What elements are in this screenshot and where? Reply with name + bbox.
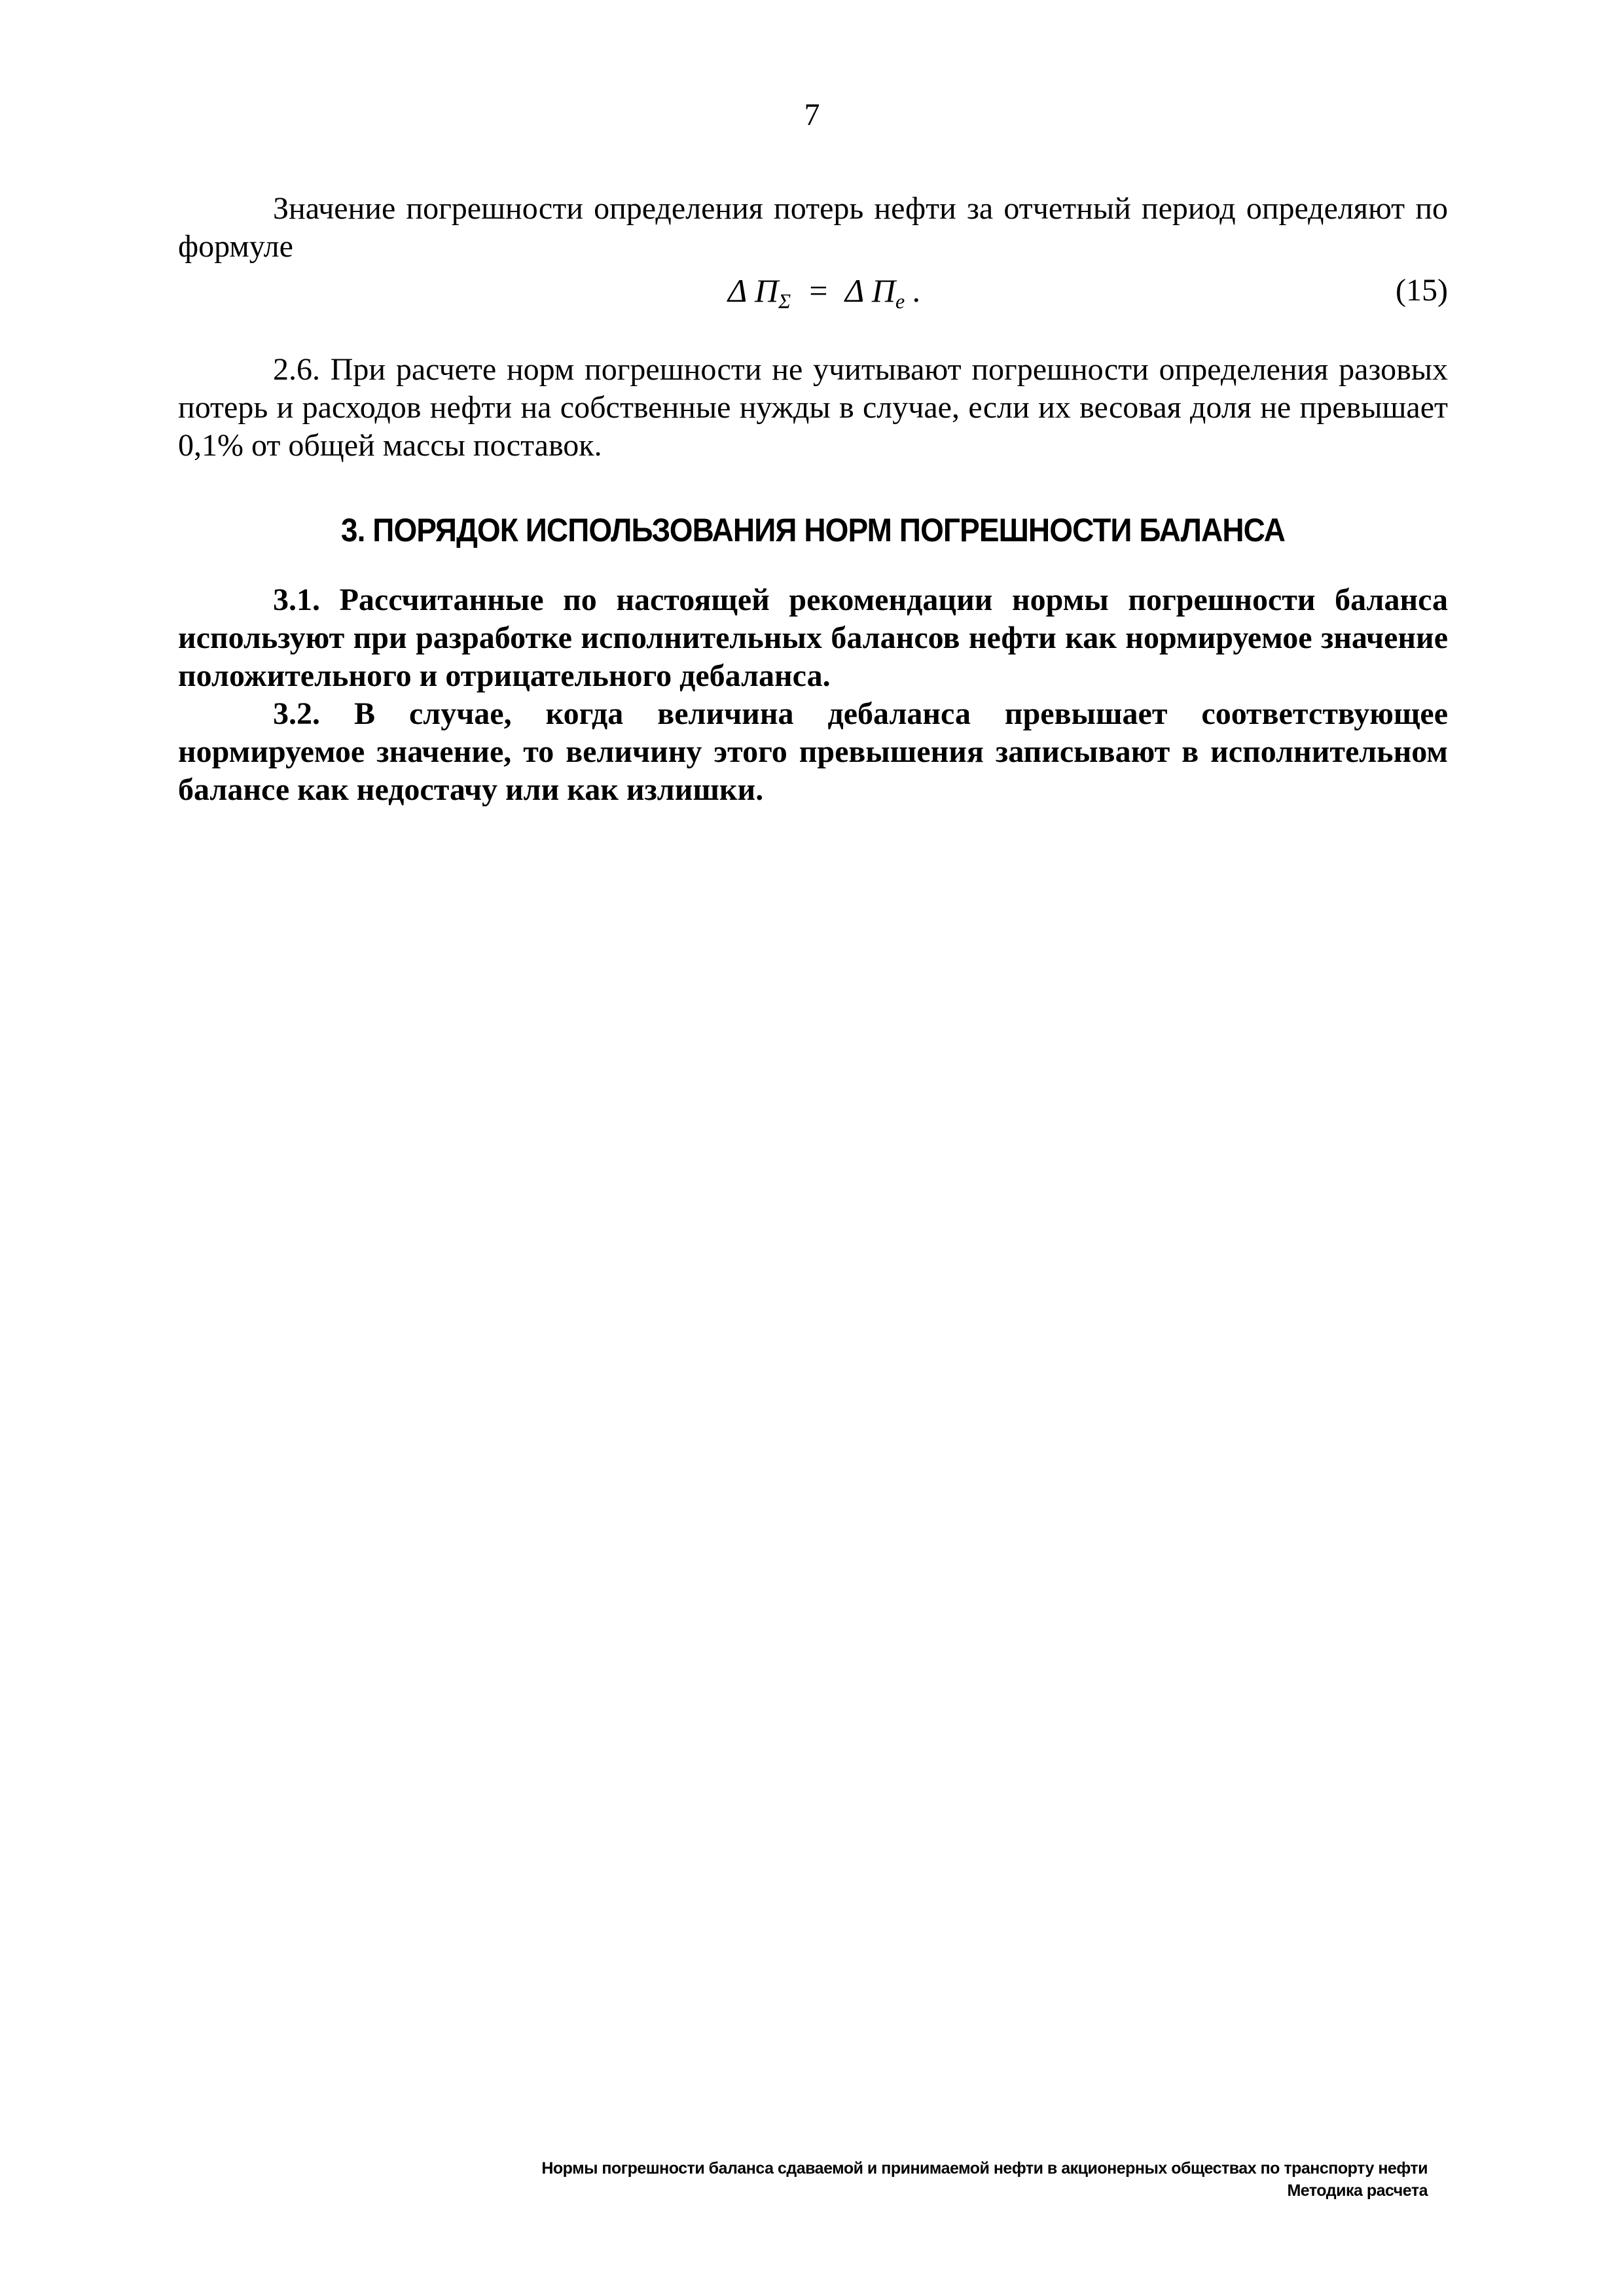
paragraph-3-1: 3.1. Рассчитанные по настоящей рекоменда… [178,581,1448,695]
sigma-subscript: Σ [778,289,791,313]
delta-symbol: Δ [845,272,863,309]
e-subscript: e [895,289,905,313]
paragraph-2-6: 2.6. При расчете норм погрешности не учи… [178,351,1448,465]
delta-symbol: Δ [728,272,746,309]
footer-document-title: Нормы погрешности баланса сдаваемой и пр… [541,2157,1428,2179]
paragraph-3-2: 3.2. В случае, когда величина дебаланса … [178,695,1448,809]
page-number: 7 [0,97,1624,134]
formula-period: . [913,272,922,309]
loss-symbol: П [872,272,895,309]
document-body: Значение погрешности определения потерь … [178,190,1448,809]
footer-subtitle: Методика расчета [541,2179,1428,2202]
formula-expression: Δ ПΣ = Δ Пe . [728,271,921,321]
equals-sign: = [807,272,829,309]
intro-paragraph: Значение погрешности определения потерь … [178,190,1448,266]
formula-number: (15) [1396,271,1448,310]
formula-15: Δ ПΣ = Δ Пe . (15) [178,271,1448,317]
section-3-heading: 3. ПОРЯДОК ИСПОЛЬЗОВАНИЯ НОРМ ПОГРЕШНОСТ… [229,511,1398,550]
page-footer: Нормы погрешности баланса сдаваемой и пр… [541,2157,1428,2202]
loss-symbol: П [755,272,778,309]
